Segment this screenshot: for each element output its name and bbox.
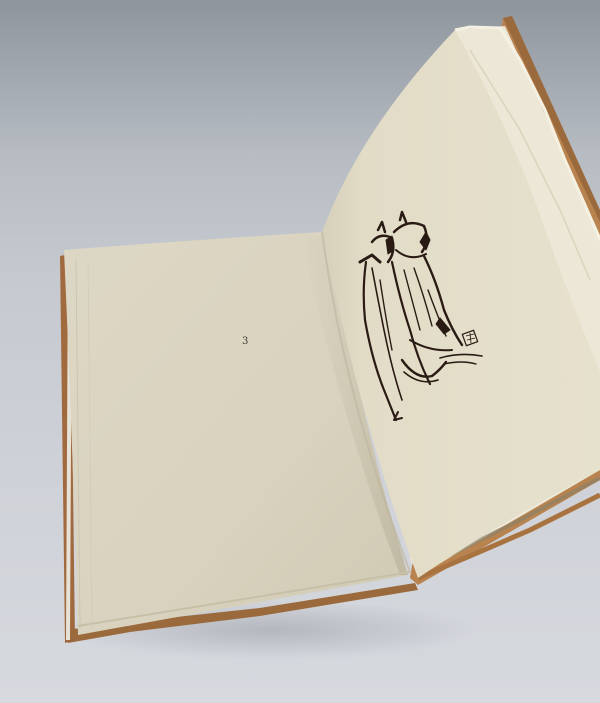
book-photo: 3 — [0, 0, 600, 703]
open-book — [0, 0, 600, 703]
page-number: 3 — [242, 336, 248, 347]
